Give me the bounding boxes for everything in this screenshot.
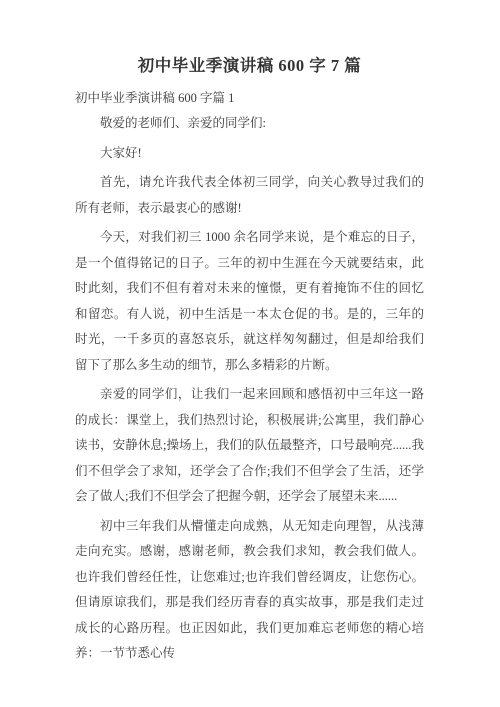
paragraph-salutation: 敬爱的老师们、亲爱的同学们: [75,111,424,137]
paragraph-thanks: 首先，请允许我代表全体初三同学，向关心教导过我们的所有老师，表示最衷心的感谢! [75,170,424,221]
section-heading: 初中毕业季演讲稿 600 字篇 1 [75,86,424,111]
document-page: 初中毕业季演讲稿 600 字 7 篇 初中毕业季演讲稿 600 字篇 1 敬爱的… [0,0,500,707]
document-body: 敬爱的老师们、亲爱的同学们: 大家好! 首先，请允许我代表全体初三同学，向关心教… [75,111,424,667]
paragraph-review-growth: 亲爱的同学们，让我们一起来回顾和感悟初中三年这一路的成长：课堂上，我们热烈讨论，… [75,382,424,510]
paragraph-memorable-day: 今天，对我们初三 1000 余名同学来说，是个难忘的日子，是一个值得铭记的日子。… [75,225,424,378]
document-title: 初中毕业季演讲稿 600 字 7 篇 [75,54,424,78]
paragraph-maturity: 初中三年我们从懵懂走向成熟，从无知走向理智，从浅薄走向充实。感谢，感谢老师，教会… [75,514,424,667]
paragraph-greeting: 大家好! [75,141,424,167]
